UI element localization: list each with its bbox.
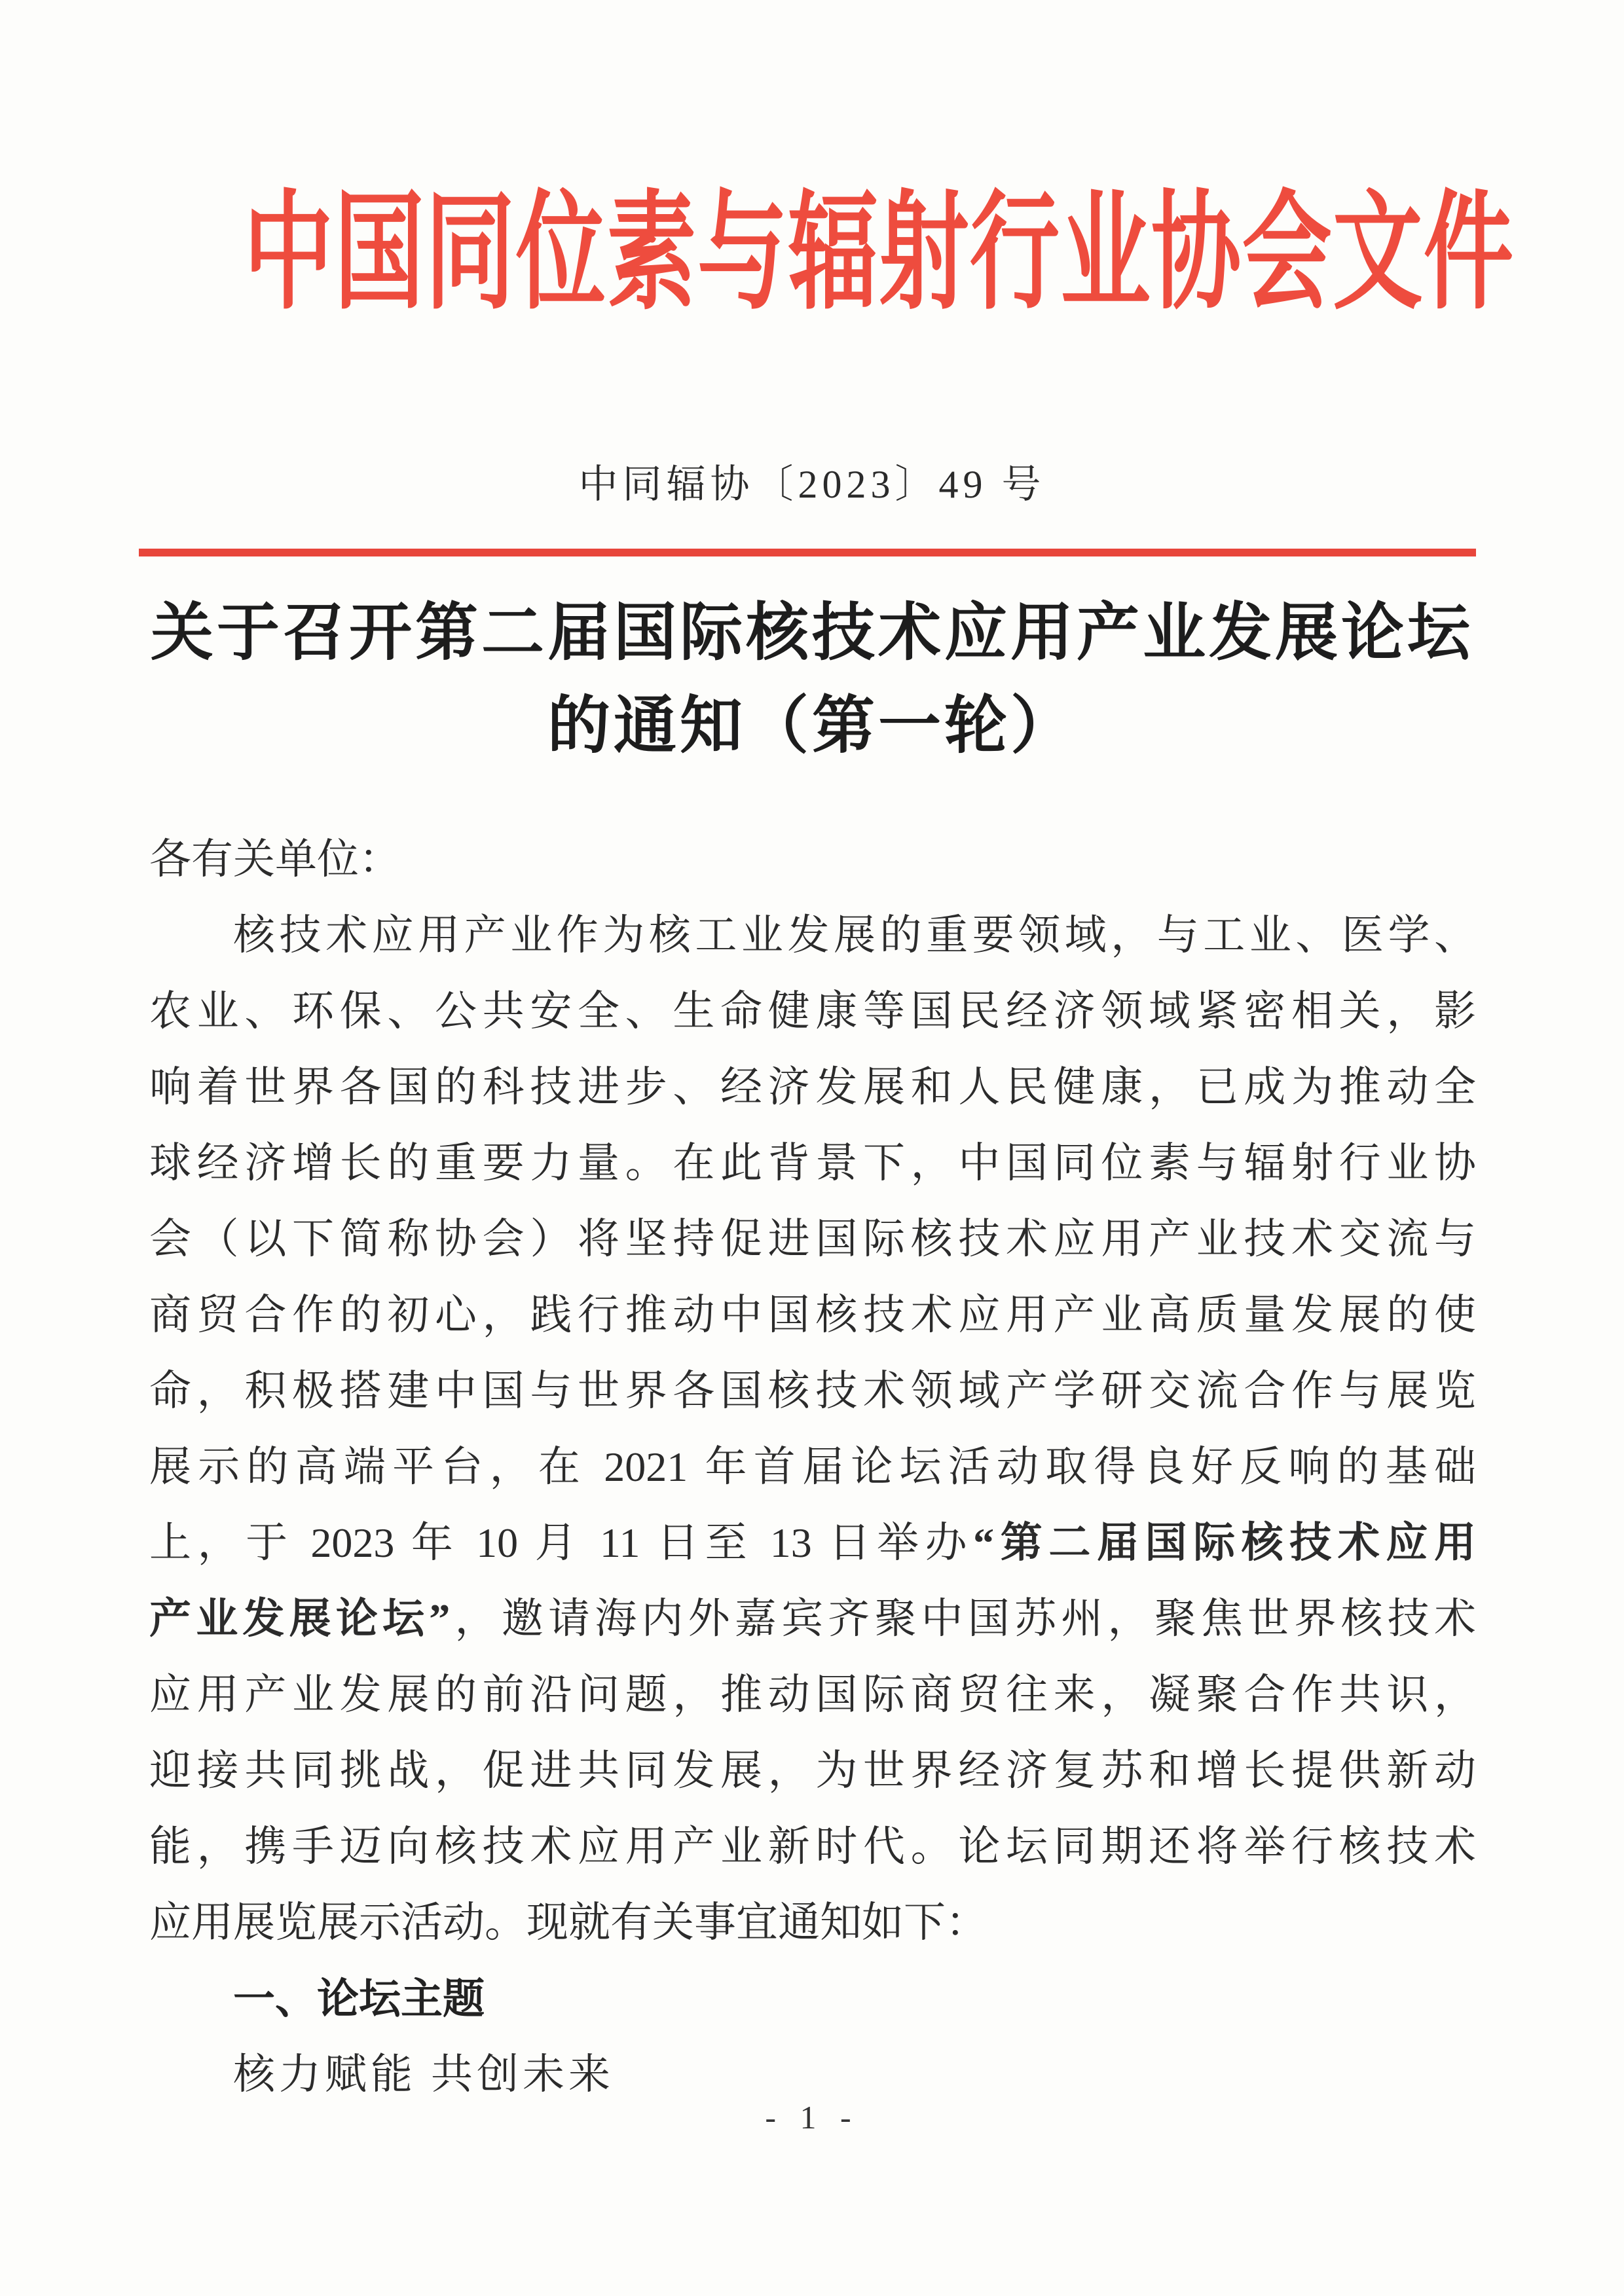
doc-number: 中同辐协〔2023〕49 号 [0, 453, 1624, 509]
bold-text-segment: “第二届国际核技术应用 [973, 1520, 1476, 1566]
text-segment: ，邀请海内外嘉宾齐聚中国苏州，聚焦世界核技术 [450, 1595, 1476, 1642]
doc-title: 关于召开第二届国际核技术应用产业发展论坛 的通知（第一轮） [0, 587, 1624, 773]
text-segment: 球经济增长的重要力量。在此背景下，中国同位素与辐射行业协 [149, 1140, 1476, 1186]
paragraph-line: 展示的高端平台，在 2021 年首届论坛活动取得良好反响的基础 [149, 1429, 1476, 1505]
salutation: 各有关单位： [149, 822, 1476, 898]
text-segment: 应用产业发展的前沿问题，推动国际商贸往来，凝聚合作共识， [149, 1671, 1476, 1718]
doc-title-line-2: 的通知（第一轮） [0, 680, 1624, 773]
text-segment: 农业、环保、公共安全、生命健康等国民经济领域紧密相关，影 [149, 988, 1476, 1034]
paragraph-line: 应用展览展示活动。现就有关事宜通知如下： [149, 1885, 1476, 1961]
paragraph-line: 产业发展论坛”，邀请海内外嘉宾齐聚中国苏州，聚焦世界核技术 [149, 1581, 1476, 1657]
paragraph-line: 命，积极搭建中国与世界各国核技术领域产学研交流合作与展览 [149, 1353, 1476, 1429]
paragraph-line: 农业、环保、公共安全、生命健康等国民经济领域紧密相关，影 [149, 974, 1476, 1049]
paragraph-line: 核技术应用产业作为核工业发展的重要领域，与工业、医学、 [149, 898, 1476, 974]
paragraph-lines: 核技术应用产业作为核工业发展的重要领域，与工业、医学、农业、环保、公共安全、生命… [149, 898, 1476, 1961]
doc-title-line-1: 关于召开第二届国际核技术应用产业发展论坛 [0, 587, 1624, 680]
paragraph-line: 应用产业发展的前沿问题，推动国际商贸往来，凝聚合作共识， [149, 1657, 1476, 1733]
paragraph-line: 球经济增长的重要力量。在此背景下，中国同位素与辐射行业协 [149, 1125, 1476, 1201]
text-segment: 响着世界各国的科技进步、经济发展和人民健康，已成为推动全 [149, 1064, 1476, 1110]
header-title: 中国同位素与辐射行业协会文件 [244, 185, 1380, 323]
section-heading: 一、论坛主题 [149, 1961, 1476, 2037]
text-segment: 商贸合作的初心，践行推动中国核技术应用产业高质量发展的使 [149, 1292, 1476, 1338]
text-segment: 展示的高端平台，在 2021 年首届论坛活动取得良好反响的基础 [149, 1444, 1476, 1490]
bold-text-segment: 产业发展论坛” [149, 1595, 450, 1642]
document-page: 中国同位素与辐射行业协会文件 中同辐协〔2023〕49 号 关于召开第二届国际核… [0, 0, 1624, 2296]
text-segment: 命，积极搭建中国与世界各国核技术领域产学研交流合作与展览 [149, 1368, 1476, 1414]
text-segment: 会（以下简称协会）将坚持促进国际核技术应用产业技术交流与 [149, 1216, 1476, 1262]
text-segment: 迎接共同挑战，促进共同发展，为世界经济复苏和增长提供新动 [149, 1747, 1476, 1794]
page-number: - 1 - [0, 2098, 1624, 2136]
text-segment: 核技术应用产业作为核工业发展的重要领域，与工业、医学、 [233, 912, 1476, 958]
text-segment: 应用展览展示活动。现就有关事宜通知如下： [149, 1899, 987, 1946]
text-segment: 上，于 2023 年 10 月 11 日至 13 日举办 [149, 1520, 973, 1566]
paragraph-line: 响着世界各国的科技进步、经济发展和人民健康，已成为推动全 [149, 1049, 1476, 1125]
paragraph-line: 迎接共同挑战，促进共同发展，为世界经济复苏和增长提供新动 [149, 1733, 1476, 1809]
red-rule-divider [139, 549, 1476, 556]
text-segment: 能，携手迈向核技术应用产业新时代。论坛同期还将举行核技术 [149, 1823, 1476, 1870]
document-body: 各有关单位： 核技术应用产业作为核工业发展的重要领域，与工业、医学、农业、环保、… [149, 822, 1476, 2113]
paragraph-line: 商贸合作的初心，践行推动中国核技术应用产业高质量发展的使 [149, 1277, 1476, 1353]
paragraph-line: 能，携手迈向核技术应用产业新时代。论坛同期还将举行核技术 [149, 1809, 1476, 1885]
paragraph-line: 上，于 2023 年 10 月 11 日至 13 日举办“第二届国际核技术应用 [149, 1505, 1476, 1581]
paragraph-line: 会（以下简称协会）将坚持促进国际核技术应用产业技术交流与 [149, 1201, 1476, 1277]
